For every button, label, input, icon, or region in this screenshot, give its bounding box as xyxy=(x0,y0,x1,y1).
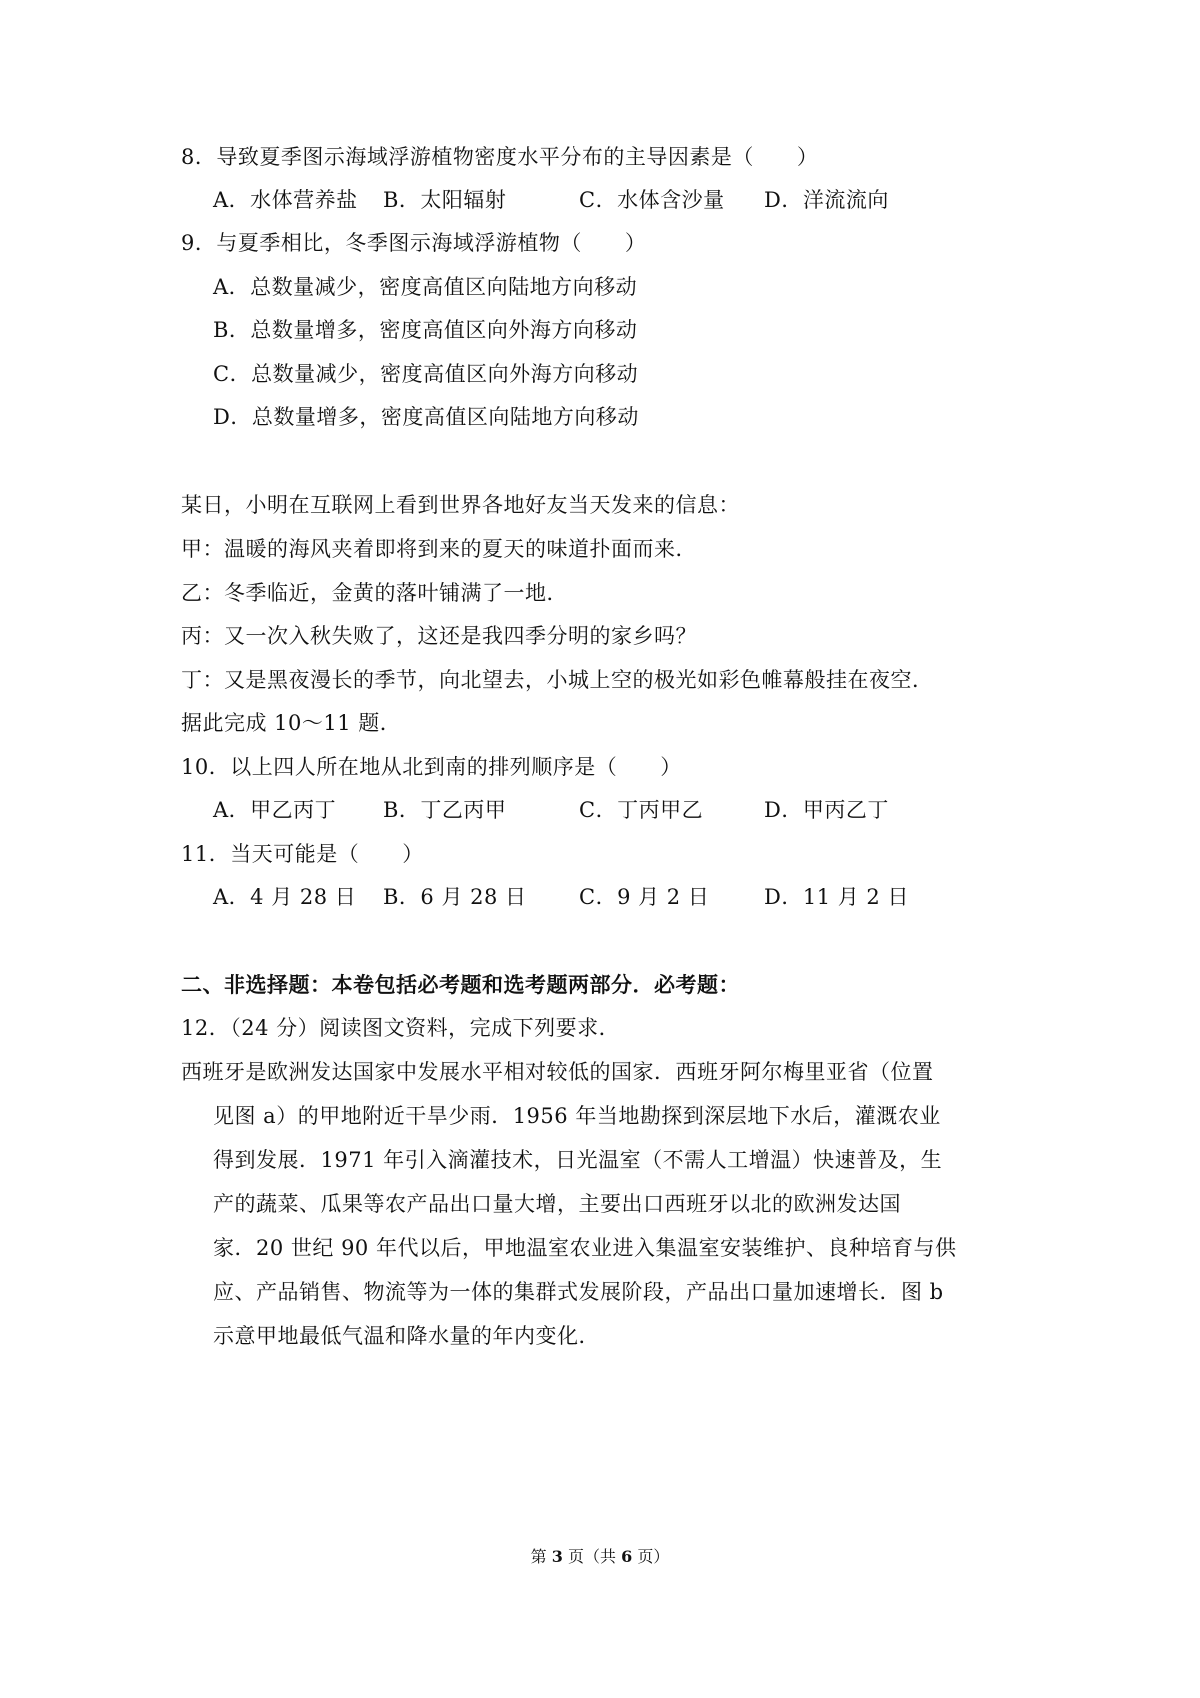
section-heading: 二、非选择题：本卷包括必考题和选考题两部分．必考题： xyxy=(181,971,740,999)
option-a: A．总数量减少，密度高值区向陆地方向移动 xyxy=(213,273,637,301)
option-b: B．6 月 28 日 xyxy=(383,883,527,911)
paragraph-line: 示意甲地最低气温和降水量的年内变化． xyxy=(213,1322,600,1350)
option-a: A．水体营养盐 xyxy=(213,186,358,214)
paragraph-line: 得到发展．1971 年引入滴灌技术，日光温室（不需人工增温）快速普及，生 xyxy=(213,1146,942,1174)
passage-line-bing: 丙：又一次入秋失败了，这还是我四季分明的家乡吗？ xyxy=(181,622,697,650)
option-c: C．总数量减少，密度高值区向外海方向移动 xyxy=(213,360,638,388)
option-b: B．总数量增多，密度高值区向外海方向移动 xyxy=(213,316,637,344)
option-c: C．9 月 2 日 xyxy=(579,883,709,911)
option-d: D．11 月 2 日 xyxy=(764,883,909,911)
option-c: C．丁丙甲乙 xyxy=(579,796,703,824)
paragraph-line: 应、产品销售、物流等为一体的集群式发展阶段，产品出口量加速增长．图 b xyxy=(213,1278,944,1306)
footer-suffix: 页） xyxy=(632,1547,669,1566)
paragraph-line: 家．20 世纪 90 年代以后，甲地温室农业进入集温室安装维护、良种培育与供 xyxy=(213,1234,956,1262)
footer-middle: 页（共 xyxy=(563,1547,621,1566)
footer-prefix: 第 xyxy=(531,1547,552,1566)
option-d: D．甲丙乙丁 xyxy=(764,796,889,824)
paragraph-line: 产的蔬菜、瓜果等农产品出口量大增，主要出口西班牙以北的欧洲发达国 xyxy=(213,1190,901,1218)
passage-line-yi: 乙：冬季临近，金黄的落叶铺满了一地． xyxy=(181,579,568,607)
option-a: A．4 月 28 日 xyxy=(213,883,356,911)
option-b: B．太阳辐射 xyxy=(383,186,506,214)
page-footer: 第 3 页（共 6 页） xyxy=(0,1547,1200,1567)
paragraph-line: 西班牙是欧洲发达国家中发展水平相对较低的国家．西班牙阿尔梅里亚省（位置 xyxy=(181,1058,934,1086)
option-a: A．甲乙丙丁 xyxy=(213,796,336,824)
question-8-stem: 8．导致夏季图示海域浮游植物密度水平分布的主导因素是（ ） xyxy=(181,143,818,171)
passage-intro: 某日，小明在互联网上看到世界各地好友当天发来的信息： xyxy=(181,491,740,519)
page-number: 3 xyxy=(552,1547,563,1566)
question-9-stem: 9．与夏季相比，冬季图示海域浮游植物（ ） xyxy=(181,229,646,257)
question-11-stem: 11．当天可能是（ ） xyxy=(181,840,424,868)
question-12-stem: 12．（24 分）阅读图文资料，完成下列要求． xyxy=(181,1014,620,1042)
passage-line-jia: 甲：温暖的海风夹着即将到来的夏天的味道扑面而来． xyxy=(181,535,697,563)
page-total: 6 xyxy=(621,1547,632,1566)
question-10-stem: 10．以上四人所在地从北到南的排列顺序是（ ） xyxy=(181,753,682,781)
option-d: D．洋流流向 xyxy=(764,186,889,214)
option-b: B．丁乙丙甲 xyxy=(383,796,506,824)
passage-instruction: 据此完成 10～11 题． xyxy=(181,709,401,737)
paragraph-line: 见图 a）的甲地附近干旱少雨．1956 年当地勘探到深层地下水后，灌溉农业 xyxy=(213,1102,941,1130)
passage-line-ding: 丁：又是黑夜漫长的季节，向北望去，小城上空的极光如彩色帷幕般挂在夜空． xyxy=(181,666,934,694)
option-d: D．总数量增多，密度高值区向陆地方向移动 xyxy=(213,403,639,431)
option-c: C．水体含沙量 xyxy=(579,186,725,214)
